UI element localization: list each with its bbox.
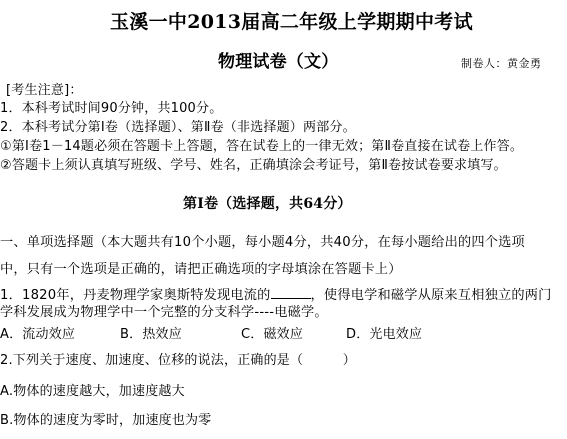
exam-subtitle: 物理试卷（文） (218, 51, 338, 73)
section-instructions-line1: 一、单项选择题（本大题共有10个小题，每小题4分，共40分，在每小题给出的四个选… (0, 235, 525, 251)
notes-title: [考生注意]： (6, 83, 83, 99)
question-1-stem-before: 1．1820年，丹麦物理学家奥斯特发现电流的 (0, 288, 271, 303)
author-label: 制卷人：黄金勇 (461, 57, 542, 71)
question-1-stem-line2: 学科发展成为物理学中一个完整的分支科学----电磁学。 (0, 305, 328, 321)
note-item: ②答题卡上须认真填写班级、学号、姓名，正确填涂会考证号，第Ⅱ卷按试卷要求填写。 (0, 158, 507, 174)
question-1-option-c: C．磁效应 (241, 327, 303, 343)
question-2-stem: 2.下列关于速度、加速度、位移的说法，正确的是（ ） (0, 353, 356, 369)
note-item: ①第Ⅰ卷1－14题必须在答题卡上答题，答在试卷上的一律无效；第Ⅱ卷直接在试卷上作… (0, 139, 523, 155)
question-1-option-b: B．热效应 (120, 327, 182, 343)
section-heading: 第Ⅰ卷（选择题，共64分） (183, 194, 352, 214)
question-1-stem-after: ，使得电学和磁学从原来互相独立的两门 (311, 288, 552, 303)
section-instructions-line2: 中，只有一个选项是正确的，请把正确选项的字母填涂在答题卡上） (0, 262, 402, 278)
question-1-option-a: A．流动效应 (0, 327, 75, 343)
answer-blank (271, 286, 311, 299)
question-1-stem: 1．1820年，丹麦物理学家奥斯特发现电流的，使得电学和磁学从原来互相独立的两门 (0, 286, 552, 304)
note-item: 1．本科考试时间90分钟，共100分。 (0, 101, 222, 117)
exam-title: 玉溪一中2013届高二年级上学期期中考试 (110, 10, 473, 34)
question-1-option-d: D．光电效应 (346, 327, 422, 343)
question-2-option-a: A.物体的速度越大，加速度越大 (0, 384, 185, 400)
question-2-option-b: B.物体的速度为零时，加速度也为零 (0, 413, 211, 429)
note-item: 2．本科考试分第Ⅰ卷（选择题）、第Ⅱ卷（非选择题）两部分。 (0, 120, 356, 136)
